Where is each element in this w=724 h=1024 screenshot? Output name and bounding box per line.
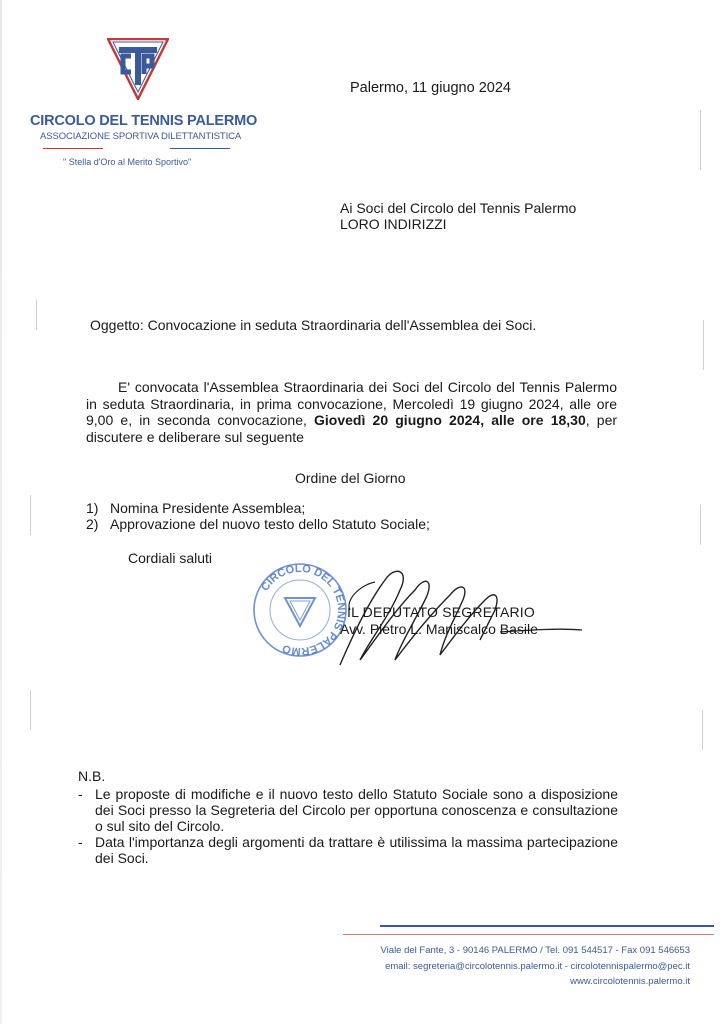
scan-edge — [0, 0, 2, 1024]
agenda-item-number: 1) — [86, 500, 110, 516]
agenda-list: 1)Nomina Presidente Assemblea; 2)Approva… — [86, 500, 430, 532]
notes-list: -Le proposte di modifiche e il nuovo tes… — [78, 786, 618, 866]
note-item: -Data l'importanza degli argomenti da tr… — [78, 834, 618, 866]
body-text-bold: Giovedì 20 giugno 2024, alle ore 18,30 — [314, 412, 586, 428]
organization-motto: " Stella d'Oro al Merito Sportivo" — [63, 157, 191, 167]
note-item: -Le proposte di modifiche e il nuovo tes… — [78, 786, 618, 834]
recipient-line-1: Ai Soci del Circolo del Tennis Palermo — [340, 200, 576, 216]
agenda-item: 2)Approvazione del nuovo testo dello Sta… — [86, 516, 430, 532]
footer-address: Viale del Fante, 3 - 90146 PALERMO / Tel… — [381, 943, 690, 959]
agenda-item: 1)Nomina Presidente Assemblea; — [86, 500, 430, 516]
closing-salutation: Cordiali saluti — [128, 550, 212, 566]
notes-label: N.B. — [78, 768, 105, 784]
letterhead-rule-blue — [170, 148, 230, 149]
body-paragraph: E' convocata l'Assemblea Straordinaria d… — [86, 379, 617, 445]
letterhead-rule-red — [43, 148, 103, 149]
agenda-item-text: Nomina Presidente Assemblea; — [110, 500, 305, 516]
agenda-item-text: Approvazione del nuovo testo dello Statu… — [110, 516, 430, 532]
agenda-item-number: 2) — [86, 516, 110, 532]
footer-contact: Viale del Fante, 3 - 90146 PALERMO / Tel… — [381, 943, 690, 990]
scan-artifact — [30, 690, 31, 730]
footer-rule-blue — [380, 925, 714, 927]
scan-artifact — [700, 505, 701, 545]
scan-artifact — [36, 300, 37, 330]
recipient-line-2: LORO INDIRIZZI — [340, 216, 576, 232]
footer-rule-red — [343, 934, 714, 935]
recipient-block: Ai Soci del Circolo del Tennis Palermo L… — [340, 200, 576, 232]
scan-artifact — [700, 110, 701, 170]
ctp-logo-icon — [107, 38, 169, 100]
scan-artifact — [703, 320, 704, 370]
scan-artifact — [702, 710, 703, 750]
letter-subject: Oggetto: Convocazione in seduta Straordi… — [90, 317, 536, 333]
note-text: Data l'importanza degli argomenti da tra… — [95, 834, 618, 866]
scan-artifact — [30, 495, 31, 535]
agenda-title: Ordine del Giorno — [295, 470, 406, 486]
letter-date: Palermo, 11 giugno 2024 — [350, 80, 511, 96]
organization-name: CIRCOLO DEL TENNIS PALERMO — [30, 113, 290, 129]
organization-subtitle: ASSOCIAZIONE SPORTIVA DILETTANTISTICA — [40, 131, 241, 142]
signer-name: Avv. Pietro L. Maniscalco Basile — [340, 621, 538, 637]
footer-website[interactable]: www.circolotennis.palermo.it — [381, 974, 690, 990]
signer-title: IL DEPUTATO SEGRETARIO — [347, 604, 535, 620]
footer-email[interactable]: email: segreteria@circolotennis.palermo.… — [381, 959, 690, 975]
note-text: Le proposte di modifiche e il nuovo test… — [95, 786, 618, 834]
